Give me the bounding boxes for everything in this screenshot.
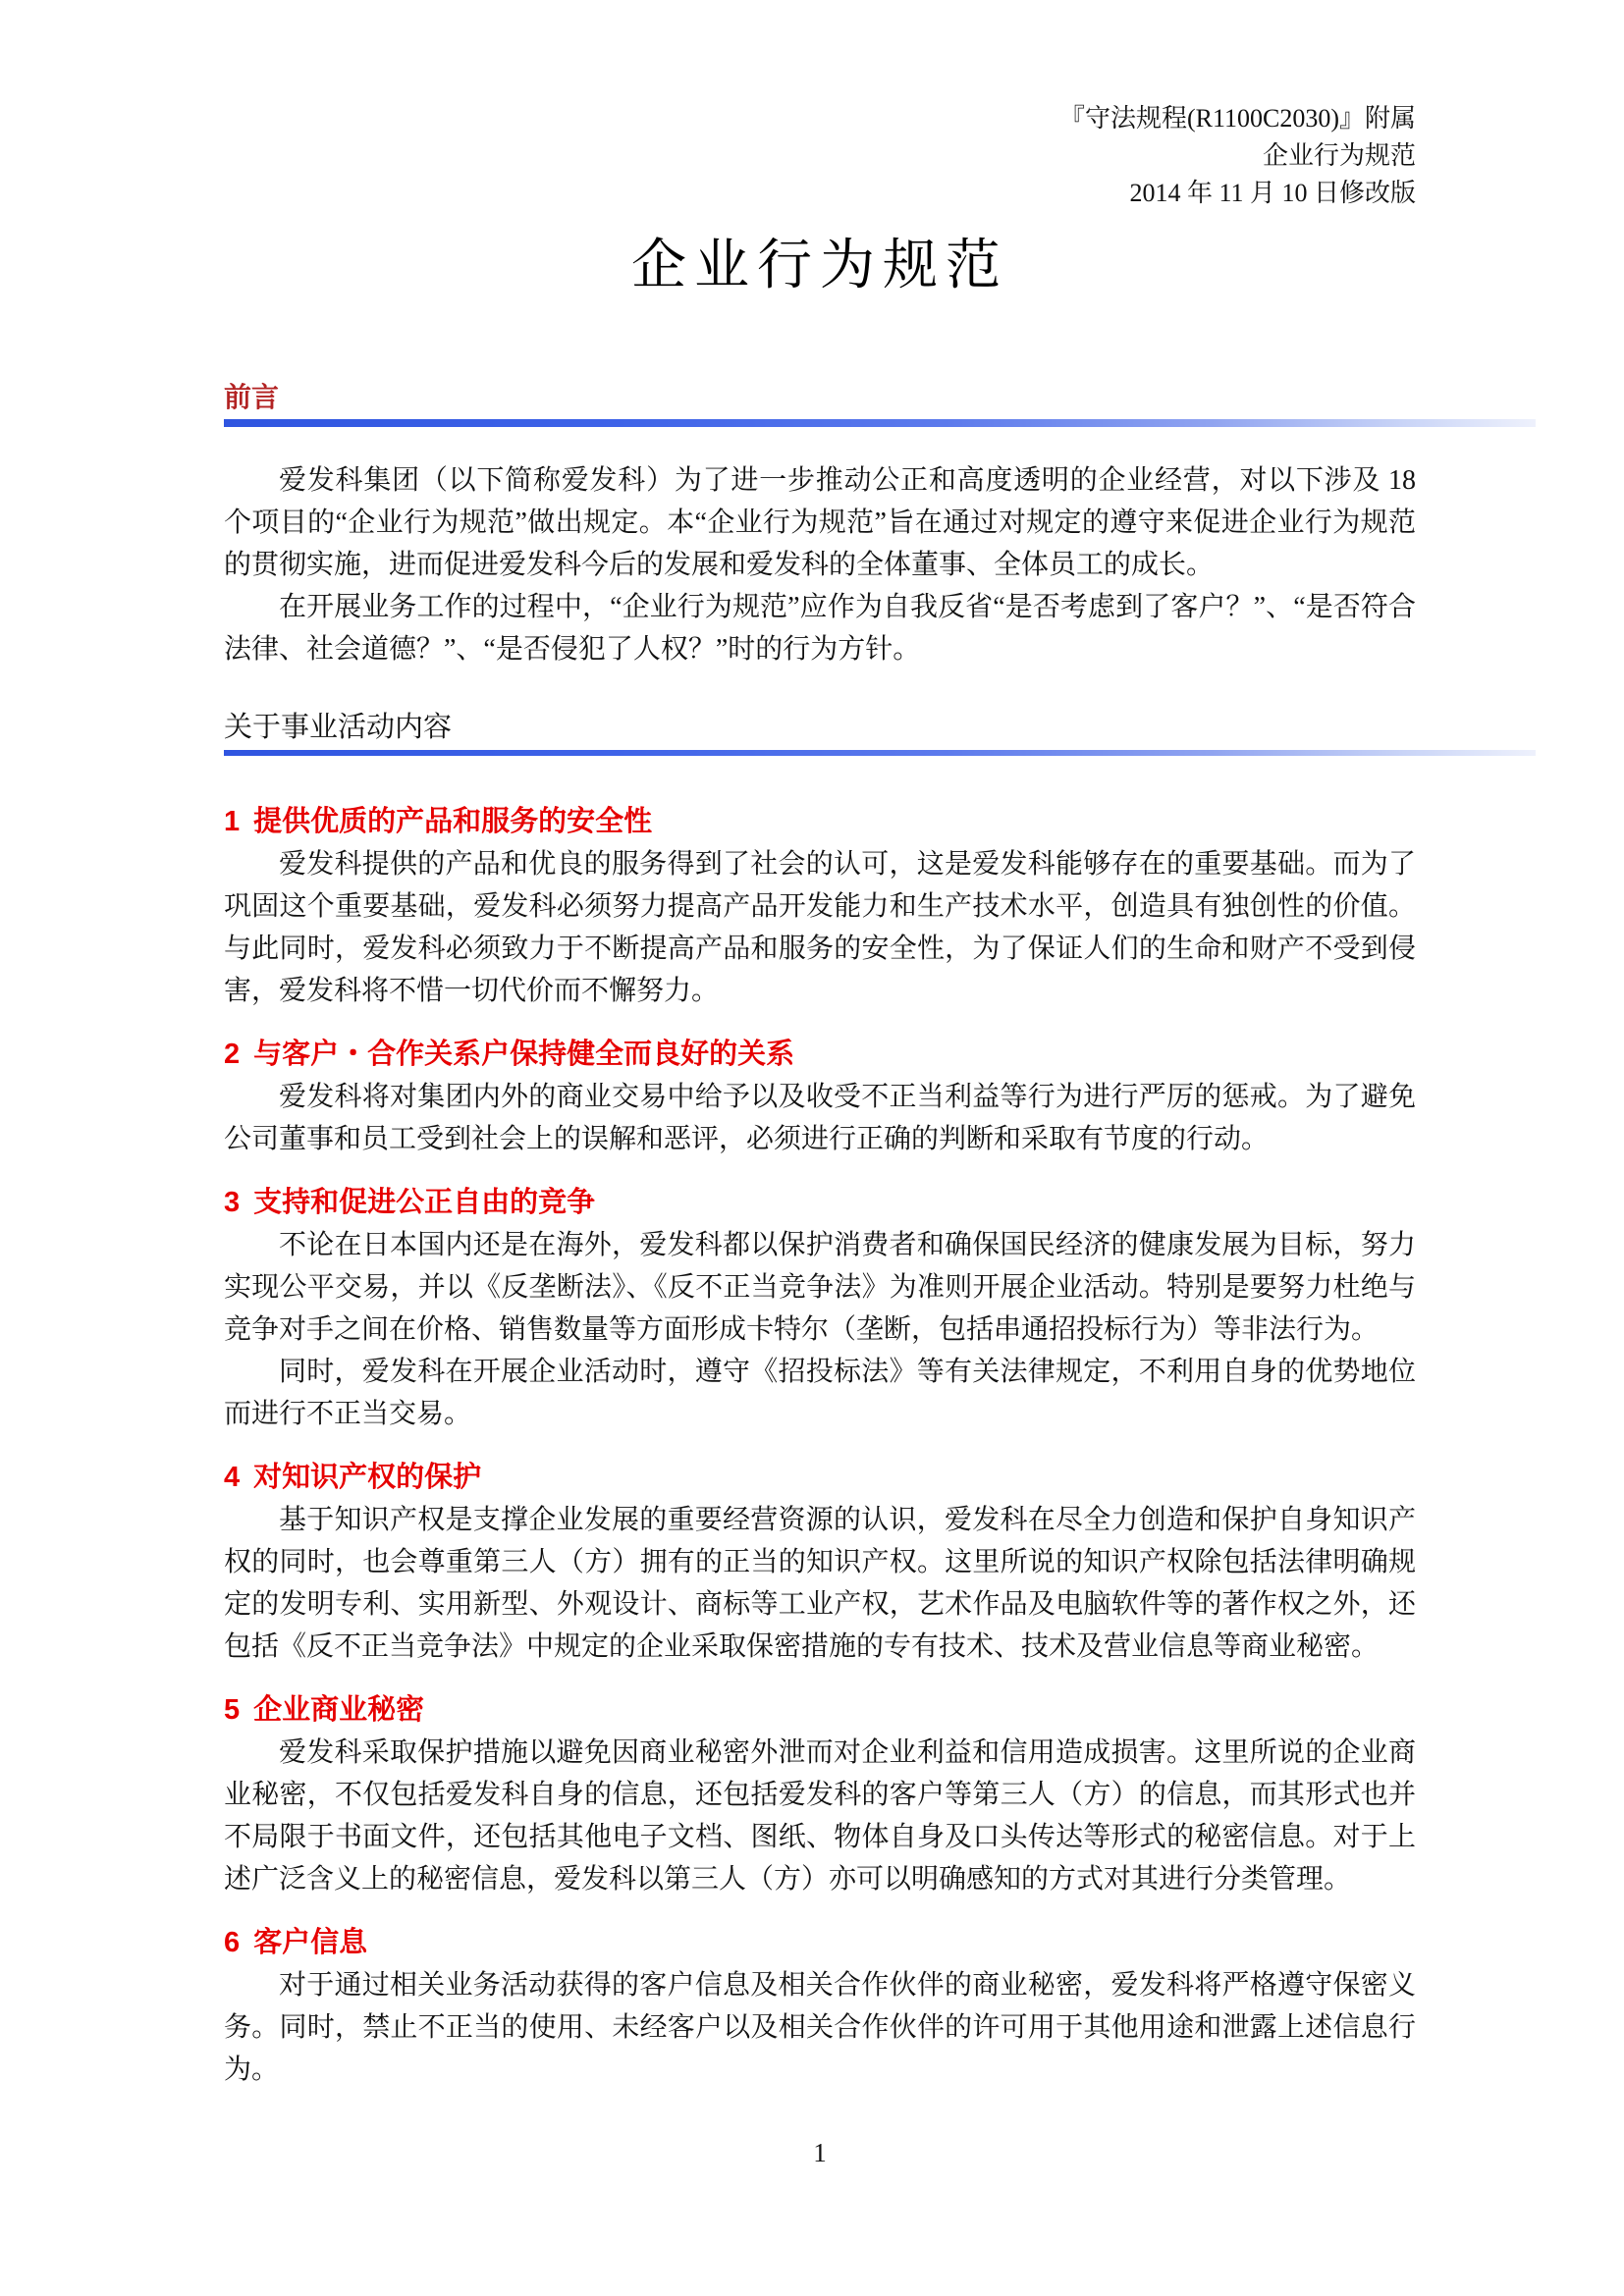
section-paragraph: 爱发科采取保护措施以避免因商业秘密外泄而对企业利益和信用造成损害。这里所说的企业… (224, 1732, 1416, 1900)
section-title: 支持和促进公正自由的竞争 (253, 1187, 595, 1218)
section-heading: 4对知识产权的保护 (224, 1457, 1416, 1499)
preface-body: 爱发科集团（以下简称爱发科）为了进一步推动公正和高度透明的企业经营，对以下涉及 … (224, 459, 1416, 670)
preface-paragraph: 爱发科集团（以下简称爱发科）为了进一步推动公正和高度透明的企业经营，对以下涉及 … (224, 459, 1416, 586)
section-title: 客户信息 (253, 1927, 367, 1958)
section-4: 4对知识产权的保护 基于知识产权是支撑企业发展的重要经营资源的认识，爱发科在尽全… (224, 1457, 1416, 1668)
section-paragraph: 基于知识产权是支撑企业发展的重要经营资源的认识，爱发科在尽全力创造和保护自身知识… (224, 1499, 1416, 1668)
section-heading: 5企业商业秘密 (224, 1689, 1416, 1732)
header-line-attachment: 『守法规程(R1100C2030)』附属 (224, 100, 1416, 137)
page-title: 企业行为规范 (224, 222, 1416, 300)
blue-gradient-rule-thin (224, 750, 1536, 756)
section-1: 1提供优质的产品和服务的安全性 爱发科提供的产品和优良的服务得到了社会的认可，这… (224, 801, 1416, 1012)
activities-heading: 关于事业活动内容 (224, 710, 1416, 745)
section-number: 5 (224, 1689, 240, 1732)
preface-heading: 前言 (224, 381, 1416, 414)
section-6: 6客户信息 对于通过相关业务活动获得的客户信息及相关合作伙伴的商业秘密，爱发科将… (224, 1922, 1416, 2091)
section-title: 企业商业秘密 (253, 1694, 424, 1726)
document-page: 『守法规程(R1100C2030)』附属 企业行为规范 2014 年 11 月 … (0, 0, 1624, 2296)
section-5: 5企业商业秘密 爱发科采取保护措施以避免因商业秘密外泄而对企业利益和信用造成损害… (224, 1689, 1416, 1900)
section-3: 3支持和促进公正自由的竞争 不论在日本国内还是在海外，爱发科都以保护消费者和确保… (224, 1182, 1416, 1435)
section-title: 对知识产权的保护 (253, 1462, 481, 1493)
section-2: 2与客户・合作关系户保持健全而良好的关系 爱发科将对集团内外的商业交易中给予以及… (224, 1034, 1416, 1160)
preface-section: 前言 爱发科集团（以下简称爱发科）为了进一步推动公正和高度透明的企业经营，对以下… (224, 381, 1416, 670)
section-number: 2 (224, 1034, 240, 1076)
section-heading: 6客户信息 (224, 1922, 1416, 1964)
activities-section: 关于事业活动内容 1提供优质的产品和服务的安全性 爱发科提供的产品和优良的服务得… (224, 710, 1416, 2091)
document-header: 『守法规程(R1100C2030)』附属 企业行为规范 2014 年 11 月 … (224, 100, 1416, 212)
header-line-doc-name: 企业行为规范 (224, 137, 1416, 175)
section-paragraph: 爱发科提供的产品和优良的服务得到了社会的认可，这是爱发科能够存在的重要基础。而为… (224, 843, 1416, 1012)
section-number: 4 (224, 1457, 240, 1499)
section-number: 1 (224, 801, 240, 843)
section-heading: 1提供优质的产品和服务的安全性 (224, 801, 1416, 843)
section-heading: 2与客户・合作关系户保持健全而良好的关系 (224, 1034, 1416, 1076)
section-title: 与客户・合作关系户保持健全而良好的关系 (253, 1039, 794, 1070)
page-number: 1 (224, 2138, 1416, 2168)
section-number: 6 (224, 1922, 240, 1964)
section-number: 3 (224, 1182, 240, 1224)
content-area: 『守法规程(R1100C2030)』附属 企业行为规范 2014 年 11 月 … (224, 0, 1416, 2091)
section-paragraph: 爱发科将对集团内外的商业交易中给予以及收受不正当利益等行为进行严厉的惩戒。为了避… (224, 1076, 1416, 1160)
section-heading: 3支持和促进公正自由的竞争 (224, 1182, 1416, 1224)
header-line-revision-date: 2014 年 11 月 10 日修改版 (224, 175, 1416, 212)
section-paragraph: 同时，爱发科在开展企业活动时，遵守《招投标法》等有关法律规定，不利用自身的优势地… (224, 1351, 1416, 1435)
blue-gradient-rule (224, 419, 1536, 427)
section-title: 提供优质的产品和服务的安全性 (253, 806, 652, 837)
section-paragraph: 不论在日本国内还是在海外，爱发科都以保护消费者和确保国民经济的健康发展为目标，努… (224, 1224, 1416, 1351)
section-paragraph: 对于通过相关业务活动获得的客户信息及相关合作伙伴的商业秘密，爱发科将严格遵守保密… (224, 1964, 1416, 2091)
preface-paragraph: 在开展业务工作的过程中，“企业行为规范”应作为自我反省“是否考虑到了客户？”、“… (224, 586, 1416, 670)
